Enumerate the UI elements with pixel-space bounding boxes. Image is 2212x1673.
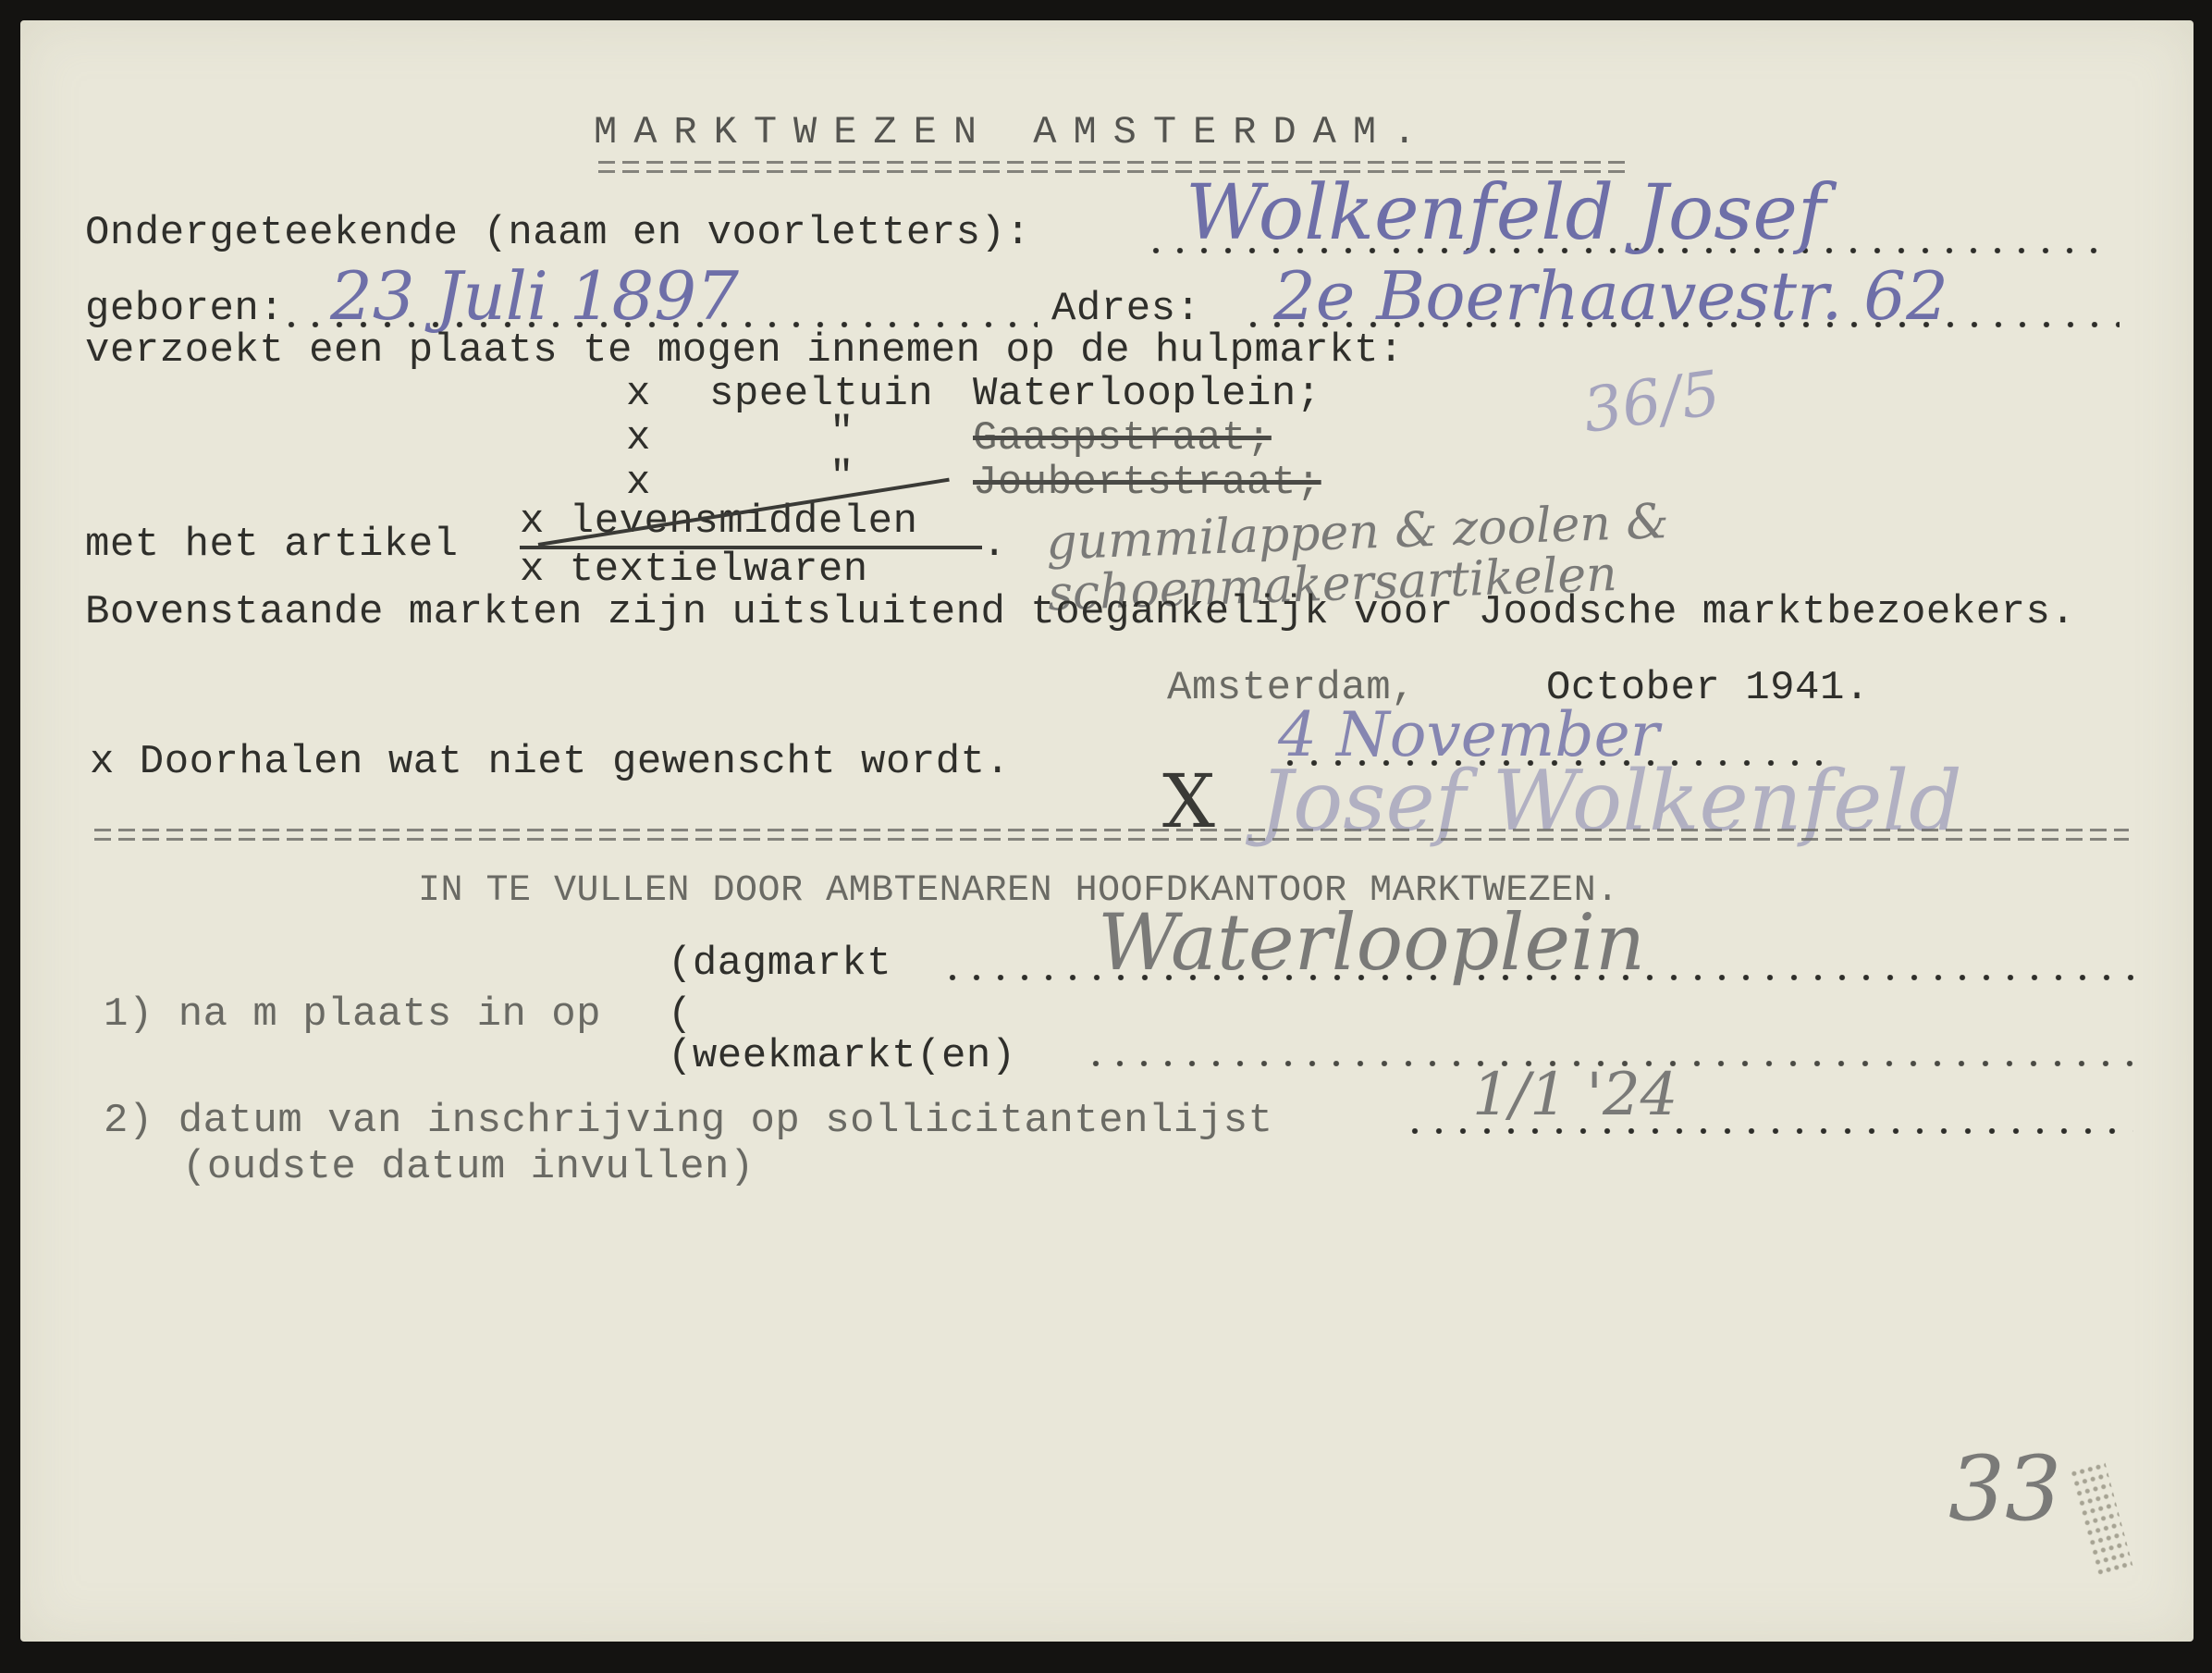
market-mark-3: x — [626, 462, 651, 503]
footnote: x Doorhalen wat niet gewenscht wordt. — [90, 742, 1010, 782]
born-handwritten: 23 Juli 1897 — [330, 263, 739, 329]
item2-handwritten: 1/1 '24 — [1472, 1065, 1677, 1125]
item2-note: (oudste datum invullen) — [182, 1147, 755, 1187]
margin-note: 36/5 — [1579, 363, 1724, 442]
market-prefix-3: " — [829, 457, 854, 498]
document-title: MARKTWEZEN AMSTERDAM. — [594, 113, 1432, 152]
article-period: . — [982, 524, 1007, 565]
item1-label: 1) na m plaats in op — [104, 994, 601, 1035]
document-card: MARKTWEZEN AMSTERDAM. Ondergeteekende (n… — [20, 20, 2194, 1642]
address-handwritten: 2e Boerhaavestr. 62 — [1273, 263, 1948, 329]
born-label: geboren: — [85, 289, 284, 329]
market-mark-1: x — [626, 374, 651, 414]
market-name-waterlooplein: Waterlooplein; — [973, 374, 1321, 414]
name-label: Ondergeteekende (naam en voorletters): — [85, 213, 1030, 253]
market-mark-2: x — [626, 418, 651, 459]
section-separator — [94, 827, 2129, 843]
name-handwritten: Wolkenfeld Josef — [1186, 176, 1825, 252]
notice-text: Bovenstaande markten zijn uitsluitend to… — [85, 592, 2075, 633]
article-label: met het artikel — [85, 524, 459, 565]
dagmarkt-handwritten: Waterlooplein — [1098, 904, 1645, 981]
market-prefix-2: " — [829, 412, 854, 453]
item2-label: 2) datum van inschrijving op sollicitant… — [104, 1101, 1273, 1141]
weekmarkt-label: (weekmarkt(en) — [668, 1036, 1016, 1076]
request-intro: verzoekt een plaats te mogen innemen op … — [85, 330, 1404, 371]
paper-stain — [2069, 1460, 2133, 1577]
market-prefix-1: speeltuin — [709, 374, 933, 414]
article-option-textielwaren: x textielwaren — [520, 549, 868, 590]
market-name-joubertstraat: Joubertstraat; — [973, 462, 1321, 503]
dagmarkt-label: (dagmarkt — [668, 943, 891, 984]
bracket-middle: ( — [668, 994, 693, 1035]
address-label: Adres: — [1051, 289, 1200, 329]
page-number: 33 — [1948, 1445, 2061, 1533]
market-name-gaaspstraat: Gaaspstraat; — [973, 418, 1272, 459]
